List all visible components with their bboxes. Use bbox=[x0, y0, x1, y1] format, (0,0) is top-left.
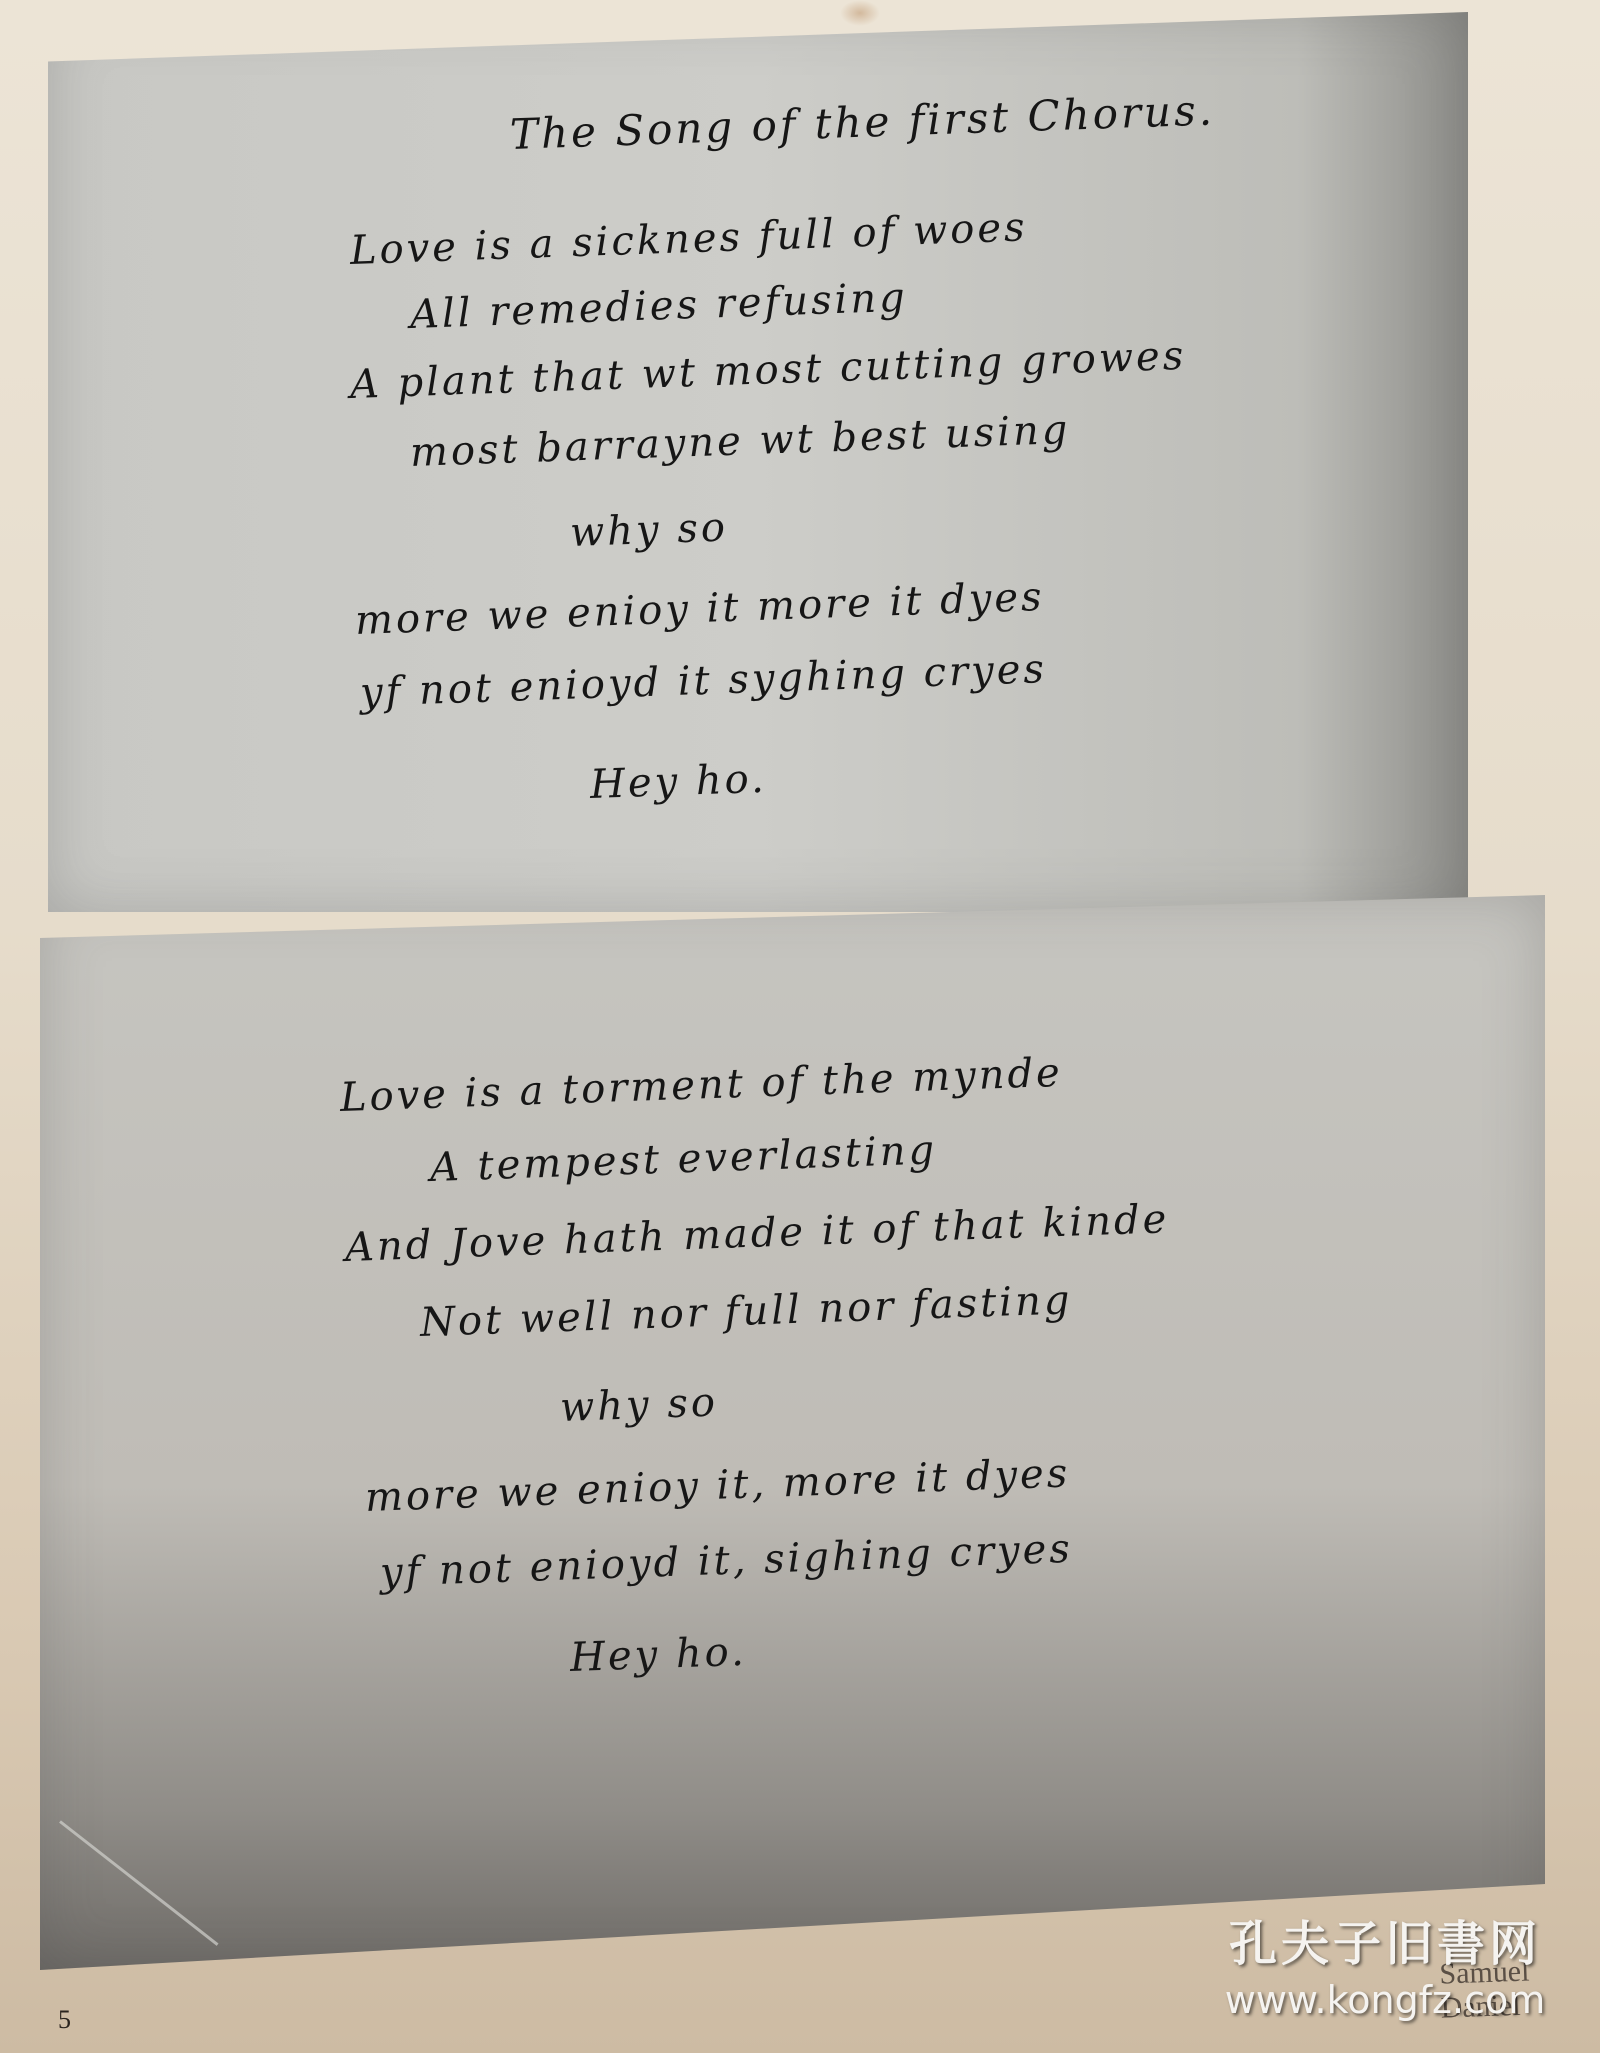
book-page: The Song of the first Chorus. Love is a … bbox=[0, 0, 1600, 2053]
manuscript-line: why so bbox=[569, 505, 728, 556]
manuscript-line: Hey ho. bbox=[569, 1629, 747, 1681]
watermark-url: www.kongfz.com bbox=[1210, 1978, 1560, 2022]
manuscript-line: Hey ho. bbox=[589, 756, 767, 808]
page-number: 5 bbox=[58, 2005, 71, 2035]
manuscript-plate-bottom bbox=[40, 895, 1545, 1970]
manuscript-line: why so bbox=[559, 1380, 718, 1431]
watermark-chinese: 孔夫子旧書网 bbox=[1210, 1905, 1560, 1974]
paper-stain bbox=[840, 0, 880, 26]
watermark: 孔夫子旧書网 www.kongfz.com bbox=[1210, 1905, 1560, 2022]
